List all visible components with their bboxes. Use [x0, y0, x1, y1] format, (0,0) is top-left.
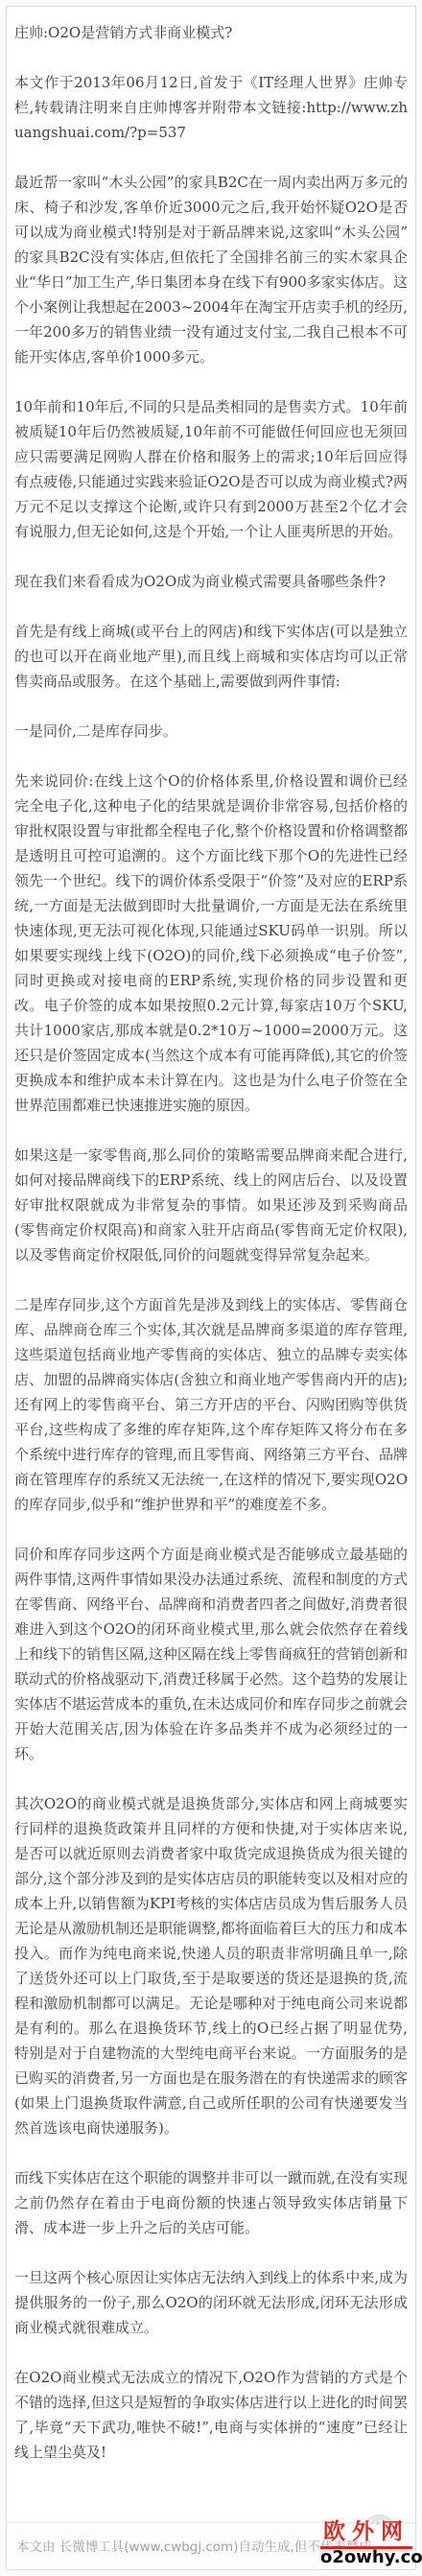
- article-title: 庄帅:O2O是营销方式非商业模式?: [14, 20, 408, 45]
- article-paragraph: 同价和库存同步这两个方面是商业模式是否能够成立最基础的两件事情,这两件事情如果没…: [14, 1542, 408, 1766]
- article-paragraph: 一旦这两个核心原因让实体店无法纳入到线上的体系中来,成为提供服务的一份子,那么O…: [14, 2265, 408, 2340]
- article-paragraph: 一是同价,二是库存同步。: [14, 719, 408, 744]
- article-paragraph: 最近帮一家叫“木头公园”的家具B2C在一周内卖出两万多元的床、椅子和沙发,客单价…: [14, 170, 408, 369]
- article-paragraph: 先来说同价:在线上这个O的价格体系里,价格设置和调价已经完全电子化,这种电子化的…: [14, 768, 408, 1118]
- footer-text: 本文由 长微博工具(www.cwbgj.com)自动生成,但不代表赞成: [16, 2540, 372, 2555]
- article-body: 庄帅:O2O是营销方式非商业模式? 本文作于2013年06月12日,首发于《IT…: [7, 7, 415, 2522]
- watermark: 欧外网 o2owhy.com: [320, 2521, 412, 2566]
- signal-arcs-icon: [357, 2498, 399, 2527]
- article-paragraph: 首先是有线上商城(或平台上的网店)和线下实体店(可以是独立的也可以开在商业地产里…: [14, 619, 408, 694]
- article-paragraph: 二是库存同步,这个方面首先是涉及到线上的实体店、零售商仓库、品牌商仓库三个实体,…: [14, 1292, 408, 1517]
- watermark-site-url: o2owhy.com: [320, 2549, 412, 2566]
- article-card: 庄帅:O2O是营销方式非商业模式? 本文作于2013年06月12日,首发于《IT…: [6, 6, 416, 2570]
- article-paragraph: 如果这是一家零售商,那么同价的策略需要品牌商来配合进行,如何对接品牌商线下的ER…: [14, 1143, 408, 1267]
- article-paragraph: 其次O2O的商业模式就是退换货部分,实体店和网上商城要实行同样的退换货政策并且同…: [14, 1791, 408, 2140]
- article-paragraph: 而线下实体店在这个职能的调整并非可以一蹴而就,在没有实现之前仍然存在着由于电商份…: [14, 2165, 408, 2240]
- article-paragraph: 现在我们来看看成为O2O成为商业模式需要具备哪些条件?: [14, 569, 408, 594]
- article-paragraph: 本文作于2013年06月12日,首发于《IT经理人世界》庄帅专栏,转载请注明来自…: [14, 70, 408, 145]
- article-paragraph: 10年前和10年后,不同的只是品类相同的是售卖方式。10年前被质疑10年后仍然被…: [14, 394, 408, 544]
- article-paragraph: 在O2O商业模式无法成立的情况下,O2O作为营销的方式是个不错的选择,但这只是短…: [14, 2365, 408, 2465]
